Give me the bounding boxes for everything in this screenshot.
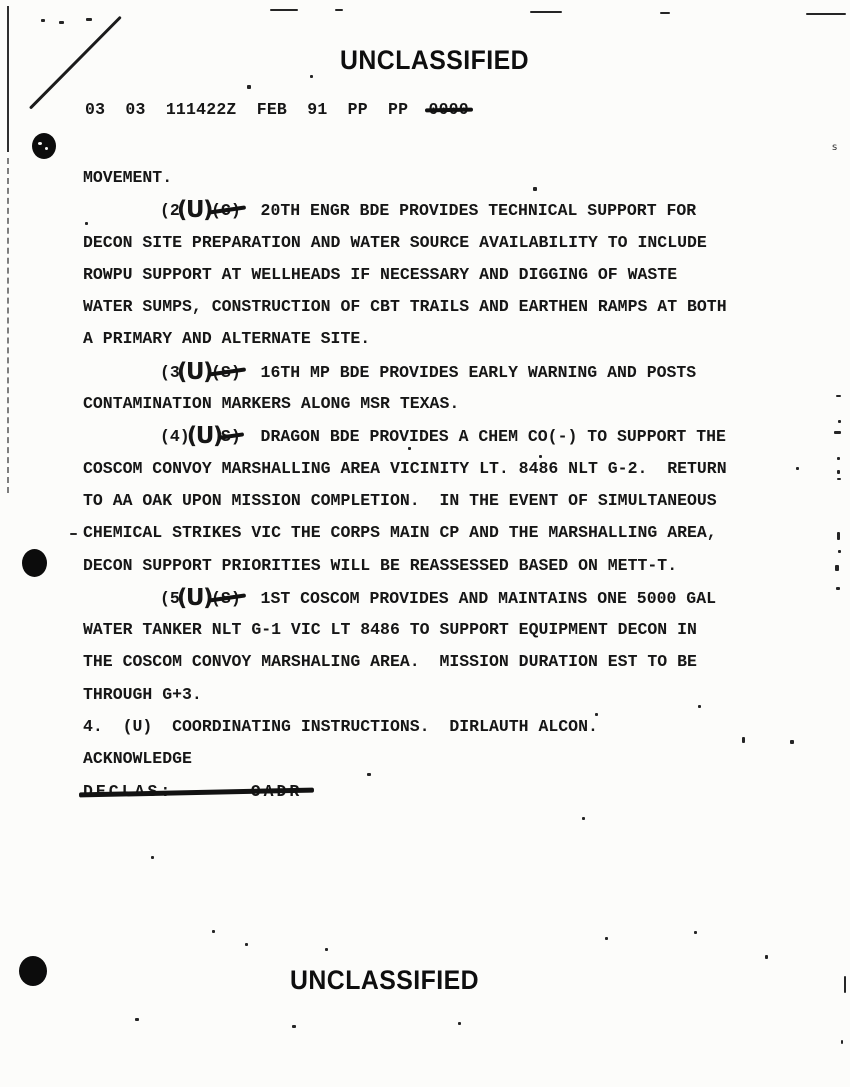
typed-text: 16TH MP BDE PROVIDES EARLY WARNING AND P… bbox=[241, 363, 696, 382]
typed-text: WATER TANKER NLT G-1 VIC LT 8486 TO SUPP… bbox=[83, 620, 697, 639]
scan-speck bbox=[765, 955, 768, 959]
scan-speck bbox=[367, 773, 371, 776]
body-line: THROUGH G+3. bbox=[83, 679, 793, 711]
body-line: MOVEMENT. bbox=[83, 162, 793, 194]
typed-text: CHEMICAL STRIKES VIC THE CORPS MAIN CP A… bbox=[83, 523, 717, 542]
scan-speck bbox=[837, 470, 840, 474]
typed-text: COSCOM CONVOY MARSHALLING AREA VICINITY … bbox=[83, 459, 727, 478]
scan-speck bbox=[835, 565, 839, 571]
scan-speck bbox=[70, 533, 77, 535]
scan-speck bbox=[533, 187, 537, 191]
scan-speck bbox=[310, 75, 313, 78]
body-line: DECON SITE PREPARATION AND WATER SOURCE … bbox=[83, 227, 793, 259]
hole-punch-highlight bbox=[45, 147, 48, 150]
scan-speck bbox=[85, 222, 88, 225]
typed-text: DECON SITE PREPARATION AND WATER SOURCE … bbox=[83, 233, 707, 252]
classification-stamp-top: UNCLASSIFIED bbox=[340, 45, 529, 76]
typed-text: TO AA OAK UPON MISSION COMPLETION. IN TH… bbox=[83, 491, 717, 510]
scan-speck bbox=[660, 12, 670, 14]
page-edge-line bbox=[7, 6, 9, 152]
scan-speck bbox=[135, 1018, 139, 1021]
hole-punch-mark bbox=[22, 549, 47, 577]
typed-text: CONTAMINATION MARKERS ALONG MSR TEXAS. bbox=[83, 394, 459, 413]
scan-speck bbox=[790, 740, 794, 744]
scan-speck bbox=[86, 18, 92, 21]
body-line: THE COSCOM CONVOY MARSHALING AREA. MISSI… bbox=[83, 646, 793, 678]
scan-speck bbox=[582, 817, 585, 820]
scan-speck bbox=[837, 478, 841, 480]
hole-punch-highlight bbox=[38, 142, 42, 145]
body-line: COSCOM CONVOY MARSHALLING AREA VICINITY … bbox=[83, 453, 793, 485]
scan-speck bbox=[838, 550, 841, 553]
scan-speck bbox=[59, 21, 64, 24]
scan-speck: s bbox=[832, 142, 837, 153]
handwritten-u-annotation: (U) bbox=[177, 197, 212, 223]
scan-speck bbox=[408, 447, 411, 450]
body-line: (5(U)(S) 1ST COSCOM PROVIDES AND MAINTAI… bbox=[83, 582, 793, 614]
scan-speck bbox=[270, 9, 298, 11]
body-line: ACKNOWLEDGE bbox=[83, 743, 793, 775]
struck-classification-mark: (S) bbox=[211, 583, 241, 615]
hole-punch-mark bbox=[32, 133, 56, 159]
struck-classification-mark: (C) bbox=[211, 195, 241, 227]
body-line: 4. (U) COORDINATING INSTRUCTIONS. DIRLAU… bbox=[83, 711, 793, 743]
scan-speck bbox=[837, 532, 840, 540]
typed-text: A PRIMARY AND ALTERNATE SITE. bbox=[83, 329, 370, 348]
scan-speck bbox=[247, 85, 251, 89]
body-line: TO AA OAK UPON MISSION COMPLETION. IN TH… bbox=[83, 485, 793, 517]
scan-speck bbox=[595, 713, 598, 716]
typed-text: 20TH ENGR BDE PROVIDES TECHNICAL SUPPORT… bbox=[241, 201, 696, 220]
classification-stamp-bottom: UNCLASSIFIED bbox=[290, 965, 479, 996]
scan-speck bbox=[806, 13, 846, 15]
struck-classification-mark: S) bbox=[221, 421, 241, 453]
typed-text: 4. (U) COORDINATING INSTRUCTIONS. DIRLAU… bbox=[83, 717, 598, 736]
scan-speck bbox=[41, 19, 45, 22]
scan-speck bbox=[292, 1025, 296, 1028]
hole-punch-mark bbox=[19, 956, 47, 986]
body-line: DECON SUPPORT PRIORITIES WILL BE REASSES… bbox=[83, 550, 793, 582]
scan-speck bbox=[836, 395, 841, 397]
routing-line: 03 03 111422Z FEB 91 PP PP 0000 bbox=[85, 100, 469, 119]
typed-text: WATER SUMPS, CONSTRUCTION OF CBT TRAILS … bbox=[83, 297, 727, 316]
struck-declas-line: DECLAS: OADR bbox=[83, 776, 302, 808]
handwritten-u-annotation: (U) bbox=[177, 359, 212, 385]
scan-speck bbox=[742, 737, 745, 743]
scan-speck bbox=[834, 431, 841, 434]
scan-speck bbox=[698, 705, 701, 708]
pen-stroke-mark bbox=[29, 16, 122, 110]
body-line: DECLAS: OADR bbox=[83, 776, 793, 808]
body-line: (3(U)(S) 16TH MP BDE PROVIDES EARLY WARN… bbox=[83, 356, 793, 388]
scan-speck bbox=[325, 948, 328, 951]
handwritten-u-annotation: (U) bbox=[177, 585, 212, 611]
body-line: CONTAMINATION MARKERS ALONG MSR TEXAS. bbox=[83, 388, 793, 420]
body-line: WATER SUMPS, CONSTRUCTION OF CBT TRAILS … bbox=[83, 291, 793, 323]
body-line: (2(U)(C) 20TH ENGR BDE PROVIDES TECHNICA… bbox=[83, 194, 793, 226]
scan-speck bbox=[837, 457, 840, 460]
scan-speck bbox=[151, 856, 154, 859]
handwritten-u-annotation: (U) bbox=[187, 423, 222, 449]
typed-text: DECON SUPPORT PRIORITIES WILL BE REASSES… bbox=[83, 556, 677, 575]
scan-speck bbox=[841, 1040, 843, 1044]
body-line: A PRIMARY AND ALTERNATE SITE. bbox=[83, 323, 793, 355]
scan-speck bbox=[605, 937, 608, 940]
struck-classification-mark: (S) bbox=[211, 357, 241, 389]
routing-struck-serial: 0000 bbox=[428, 100, 468, 119]
typed-text: (4) bbox=[160, 427, 190, 446]
scan-speck bbox=[539, 455, 542, 458]
typed-text: 1ST COSCOM PROVIDES AND MAINTAINS ONE 50… bbox=[241, 589, 716, 608]
scan-speck bbox=[836, 587, 840, 590]
scan-speck bbox=[844, 976, 846, 993]
body-line: ROWPU SUPPORT AT WELLHEADS IF NECESSARY … bbox=[83, 259, 793, 291]
scan-speck bbox=[838, 420, 841, 423]
body-line: WATER TANKER NLT G-1 VIC LT 8486 TO SUPP… bbox=[83, 614, 793, 646]
scan-speck bbox=[245, 943, 248, 946]
typed-text: THE COSCOM CONVOY MARSHALING AREA. MISSI… bbox=[83, 652, 697, 671]
body-line: (4)(U)S) DRAGON BDE PROVIDES A CHEM CO(-… bbox=[83, 420, 793, 452]
scan-speck bbox=[796, 467, 799, 470]
typed-text: DRAGON BDE PROVIDES A CHEM CO(-) TO SUPP… bbox=[241, 427, 726, 446]
body-text: MOVEMENT.(2(U)(C) 20TH ENGR BDE PROVIDES… bbox=[83, 162, 793, 808]
typed-text: THROUGH G+3. bbox=[83, 685, 202, 704]
scan-speck bbox=[212, 930, 215, 933]
scan-speck bbox=[335, 9, 343, 11]
routing-dtg-text: 03 03 111422Z FEB 91 PP PP bbox=[85, 100, 428, 119]
scan-speck bbox=[694, 931, 697, 934]
scan-speck bbox=[530, 11, 562, 13]
body-line: CHEMICAL STRIKES VIC THE CORPS MAIN CP A… bbox=[83, 517, 793, 549]
document-page: UNCLASSIFIED UNCLASSIFIED 03 03 111422Z … bbox=[0, 0, 850, 1087]
typed-text: ROWPU SUPPORT AT WELLHEADS IF NECESSARY … bbox=[83, 265, 677, 284]
typed-text: MOVEMENT. bbox=[83, 168, 172, 187]
page-edge-dashed-line bbox=[7, 158, 9, 493]
scan-speck bbox=[458, 1022, 461, 1025]
typed-text: ACKNOWLEDGE bbox=[83, 749, 192, 768]
